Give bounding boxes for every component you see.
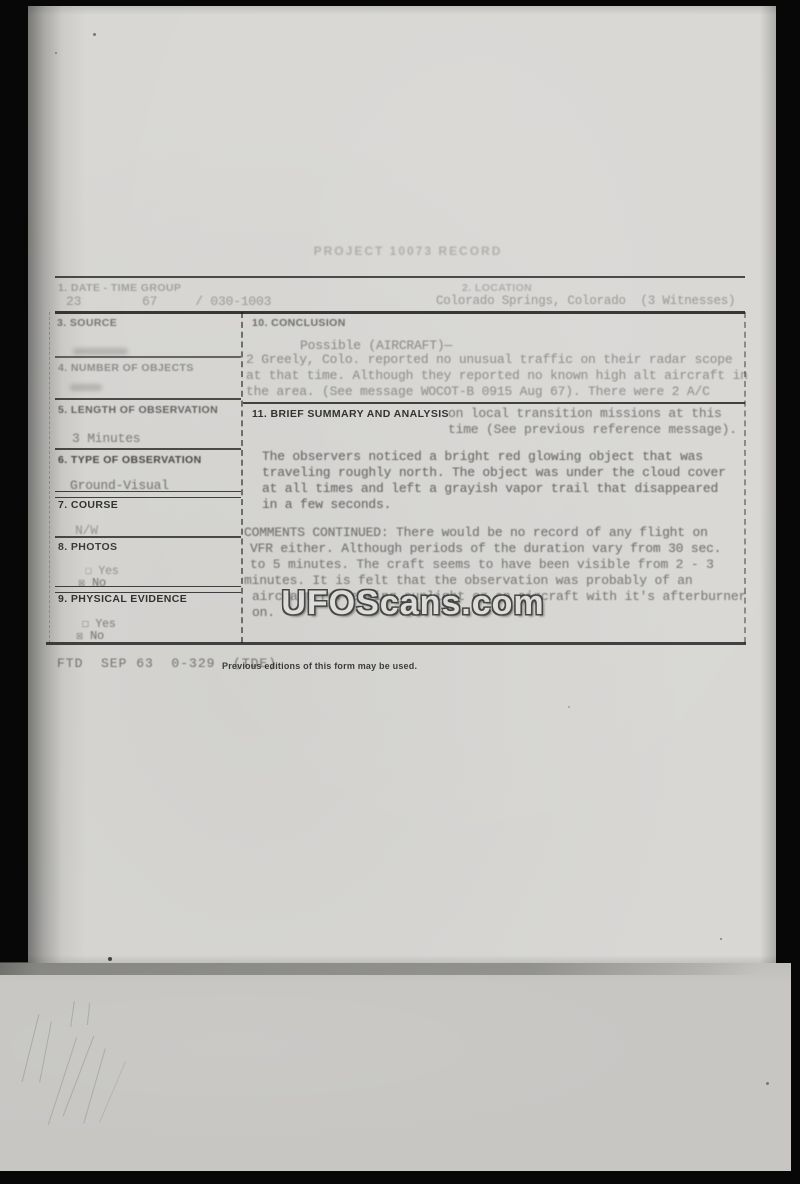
summary-paragraph-line: The observers noticed a bright red glowi… — [262, 449, 703, 464]
form-footer-note: Previous editions of this form may be us… — [222, 661, 417, 671]
comments-continued-line: VFR either. Although periods of the dura… — [250, 541, 721, 556]
left-col-rule-4 — [55, 491, 241, 498]
scan-speck — [93, 33, 96, 36]
scan-speck — [568, 706, 570, 708]
scratch-mark — [48, 1037, 77, 1125]
conclusion-value: Possible (AIRCRAFT)— — [300, 338, 452, 353]
date-time-group-label: 1. DATE - TIME GROUP — [58, 282, 181, 294]
summary-side-line: on local transition missions at this — [448, 406, 722, 421]
summary-side-line: time (See previous reference message). — [448, 422, 737, 437]
form-left-border — [49, 312, 50, 643]
conclusion-label: 10. CONCLUSION — [252, 317, 346, 329]
type-of-observation-label: 6. TYPE OF OBSERVATION — [58, 454, 202, 466]
scratch-mark — [39, 1021, 52, 1082]
length-of-observation-label: 5. LENGTH OF OBSERVATION — [58, 404, 218, 416]
form-bottom-rule — [46, 642, 746, 645]
radar-comment-line: at that time. Although they reported no … — [246, 368, 748, 383]
scan-speck — [108, 957, 112, 961]
left-col-rule-3 — [55, 448, 241, 450]
report-form-page: PROJECT 10073 RECORD 1. DATE - TIME GROU… — [28, 6, 776, 963]
comments-continued-line: to 5 minutes. The craft seems to have be… — [250, 557, 714, 572]
location-label: 2. LOCATION — [462, 282, 532, 294]
left-col-rule-2 — [55, 398, 241, 400]
scratch-mark — [87, 1003, 90, 1025]
scan-speck — [766, 1082, 769, 1085]
row1-rule — [55, 311, 745, 314]
summary-paragraph-line: traveling roughly north. The object was … — [262, 465, 726, 480]
date-time-group-value: 23 67 / 030-1003 — [66, 294, 271, 309]
left-col-rule-1 — [55, 356, 241, 358]
scratch-mark — [70, 1001, 75, 1027]
scanned-document: PROJECT 10073 RECORD 1. DATE - TIME GROU… — [0, 0, 800, 1184]
physical-evidence-label: 9. PHYSICAL EVIDENCE — [58, 593, 187, 605]
scan-speck — [720, 938, 722, 940]
scratch-mark — [99, 1061, 126, 1122]
ufoscans-watermark: UFOScans.com — [223, 584, 603, 623]
source-label: 3. SOURCE — [57, 317, 117, 329]
underlying-page — [0, 963, 791, 1171]
summary-paragraph-line: at all times and left a grayish vapor tr… — [262, 481, 718, 496]
right-col-rule — [243, 402, 745, 404]
brief-summary-label: 11. BRIEF SUMMARY AND ANALYSIS — [252, 408, 449, 420]
location-value: Colorado Springs, Colorado (3 Witnesses) — [436, 294, 735, 308]
form-title: PROJECT 10073 RECORD — [298, 244, 518, 258]
scratch-mark — [22, 1014, 40, 1082]
length-of-observation-value: 3 Minutes — [72, 431, 140, 446]
photos-label: 8. PHOTOS — [58, 541, 117, 553]
summary-paragraph-line: in a few seconds. — [262, 497, 391, 512]
course-label: 7. COURSE — [58, 499, 118, 511]
source-value-smudge — [73, 348, 128, 355]
number-of-objects-label: 4. NUMBER OF OBJECTS — [58, 362, 194, 374]
comments-continued-line: COMMENTS CONTINUED: There would be no re… — [244, 525, 708, 540]
scan-speck — [55, 52, 57, 54]
radar-comment-line: 2 Greely, Colo. reported no unusual traf… — [246, 352, 732, 367]
left-col-rule-5 — [55, 536, 241, 538]
form-top-rule — [55, 276, 745, 278]
page-edge-shadow — [0, 962, 757, 975]
left-col-rule-6 — [55, 586, 241, 593]
evidence-no-checkbox: ☒ No — [76, 628, 104, 643]
objects-value-smudge — [70, 384, 102, 391]
radar-comment-line: the area. (See message WOCOT-B 0915 Aug … — [246, 384, 710, 399]
